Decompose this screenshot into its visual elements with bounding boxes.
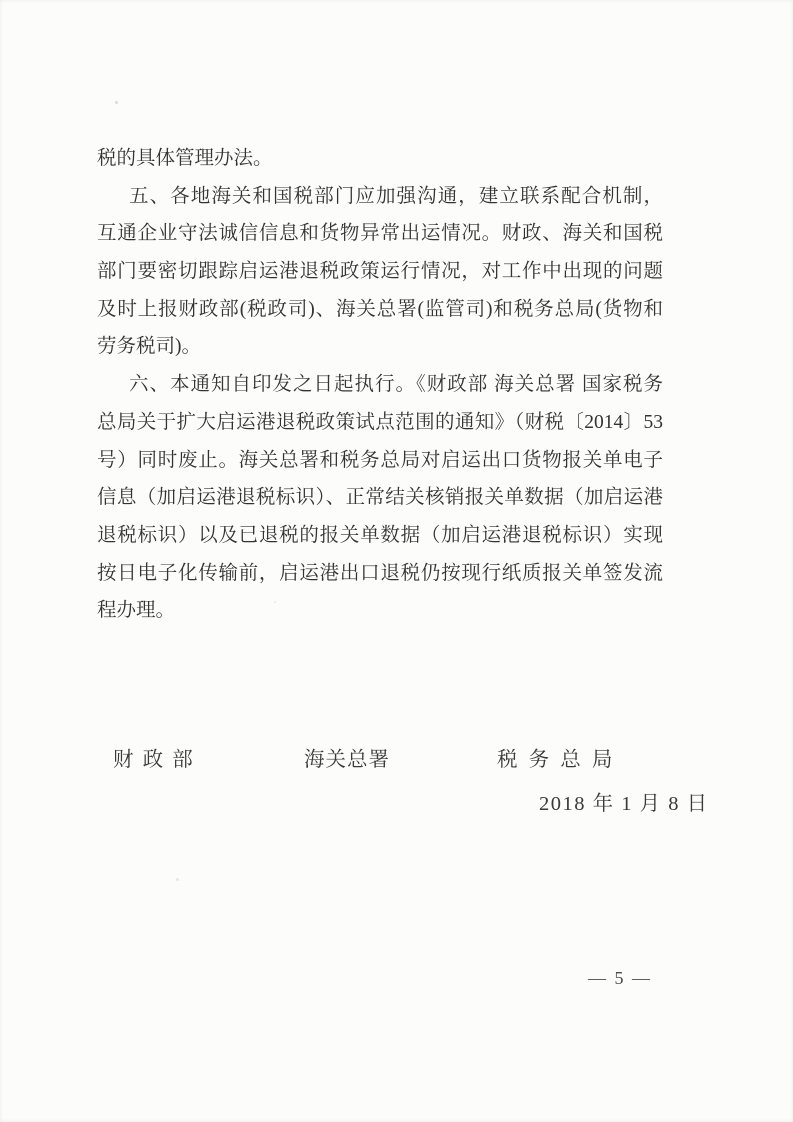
body-line: 六、本通知自印发之日起执行。《财政部 海关总署 国家税务 xyxy=(97,366,663,404)
signature-customs-administration: 海关总署 xyxy=(304,742,390,772)
body-line: 程办理。 xyxy=(97,592,663,630)
body-line: 劳务税司)。 xyxy=(97,328,663,366)
body-line: 税的具体管理办法。 xyxy=(97,140,663,178)
body-line: 号）同时废止。海关总署和税务总局对启运出口货物报关单电子 xyxy=(97,442,663,480)
page-number: — 5 — xyxy=(588,968,652,989)
body-line: 五、各地海关和国税部门应加强沟通，建立联系配合机制， xyxy=(97,178,663,216)
body-line: 退税标识）以及已退税的报关单数据（加启运港退税标识）实现 xyxy=(97,517,663,555)
signature-ministry-of-finance: 财 政 部 xyxy=(113,742,195,772)
scan-speck xyxy=(115,101,118,104)
body-line: 部门要密切跟踪启运港退税政策运行情况，对工作中出现的问题 xyxy=(97,253,663,291)
scan-speck xyxy=(274,601,276,603)
scan-speck xyxy=(176,878,179,881)
signature-taxation-administration: 税 务 总 局 xyxy=(497,742,615,772)
scanned-document-page: 税的具体管理办法。 五、各地海关和国税部门应加强沟通，建立联系配合机制， 互通企… xyxy=(0,0,793,1122)
body-line: 按日电子化传输前，启运港出口退税仍按现行纸质报关单签发流 xyxy=(97,555,663,593)
body-line: 及时上报财政部(税政司)、海关总署(监管司)和税务总局(货物和 xyxy=(97,291,663,329)
body-line: 信息（加启运港退税标识）、正常结关核销报关单数据（加启运港 xyxy=(97,479,663,517)
signature-block: 财 政 部 海关总署 税 务 总 局 xyxy=(0,742,793,770)
body-line: 互通企业守法诚信信息和货物异常出运情况。财政、海关和国税 xyxy=(97,215,663,253)
issue-date: 2018 年 1 月 8 日 xyxy=(539,786,709,816)
document-body: 税的具体管理办法。 五、各地海关和国税部门应加强沟通，建立联系配合机制， 互通企… xyxy=(97,140,663,630)
body-line: 总局关于扩大启运港退税政策试点范围的通知》（财税〔2014〕53 xyxy=(97,404,663,442)
